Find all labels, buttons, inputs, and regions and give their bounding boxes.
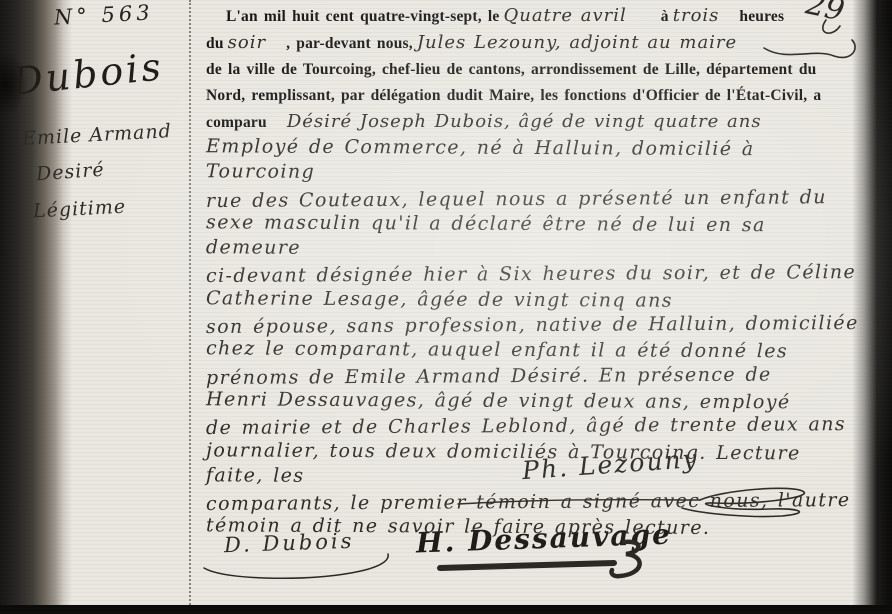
act-written-line: Employé de Commerce, né à Halluin, domic… xyxy=(206,134,862,188)
act-line-opening: L'an mil huit cent quatre-vingt-sept, le… xyxy=(206,3,862,30)
printed-hours: heures xyxy=(739,8,784,25)
act-number: N° 563 xyxy=(53,0,154,29)
officer-paraph-flourish xyxy=(452,478,822,520)
act-line-declarant: comparu Désiré Joseph Dubois, âgé de vin… xyxy=(206,109,862,136)
act-line-city: de la ville de Tourcoing, chef-lieu de c… xyxy=(206,57,862,83)
act-written-line: prénoms de Emile Armand Désiré. En prése… xyxy=(206,362,862,391)
act-written-line: ci-devant désignée hier à Six heures du … xyxy=(206,260,862,289)
act-written-line: de mairie et de Charles Leblond, âgé de … xyxy=(206,412,862,441)
printed-before-us: , par-devant nous, xyxy=(286,35,413,52)
witness-signature-flourish xyxy=(428,538,668,586)
written-time-of-day: soir xyxy=(228,32,266,53)
margin-child-given-names-2: Desiré xyxy=(35,159,105,186)
printed-at: à xyxy=(661,8,669,25)
margin-filiation-note: Légitime xyxy=(32,196,126,223)
printed-du: du xyxy=(206,35,224,52)
margin-divider-rule xyxy=(189,0,191,605)
act-written-line: sexe masculin qu'il a déclaré être né de… xyxy=(206,210,862,264)
printed-year-formula: L'an mil huit cent quatre-vingt-sept, le xyxy=(226,8,499,25)
act-line-delegation: Nord, remplissant, par délégation dudit … xyxy=(206,83,862,109)
written-act-date: Quatre avril xyxy=(503,5,626,26)
civil-register-scan: N° 563 Dubois Emile Armand Desiré Légiti… xyxy=(0,0,892,614)
act-line-officer: du soir , par-devant nous, Jules Lezouny… xyxy=(206,30,862,57)
written-declarant-name: Désiré Joseph Dubois, âgé de vingt quatr… xyxy=(287,111,762,132)
printed-comparu: comparu xyxy=(206,114,267,131)
written-officer-name: Jules Lezouny, adjoint au maire xyxy=(417,32,737,53)
scan-right-edge xyxy=(852,0,892,614)
scan-bottom-edge xyxy=(0,605,892,614)
printed-delegation-formula: Nord, remplissant, par délégation dudit … xyxy=(206,87,821,104)
father-signature-flourish xyxy=(200,550,400,586)
written-hour: trois xyxy=(673,5,720,26)
act-written-line: chez le comparant, auquel enfant il a ét… xyxy=(206,337,862,366)
act-written-line: Catherine Lesage, âgée de vingt cinq ans xyxy=(206,286,862,315)
act-written-line: rue des Couteaux, lequel nous a présenté… xyxy=(206,185,862,214)
printed-city-formula: de la ville de Tourcoing, chef-lieu de c… xyxy=(206,61,816,78)
